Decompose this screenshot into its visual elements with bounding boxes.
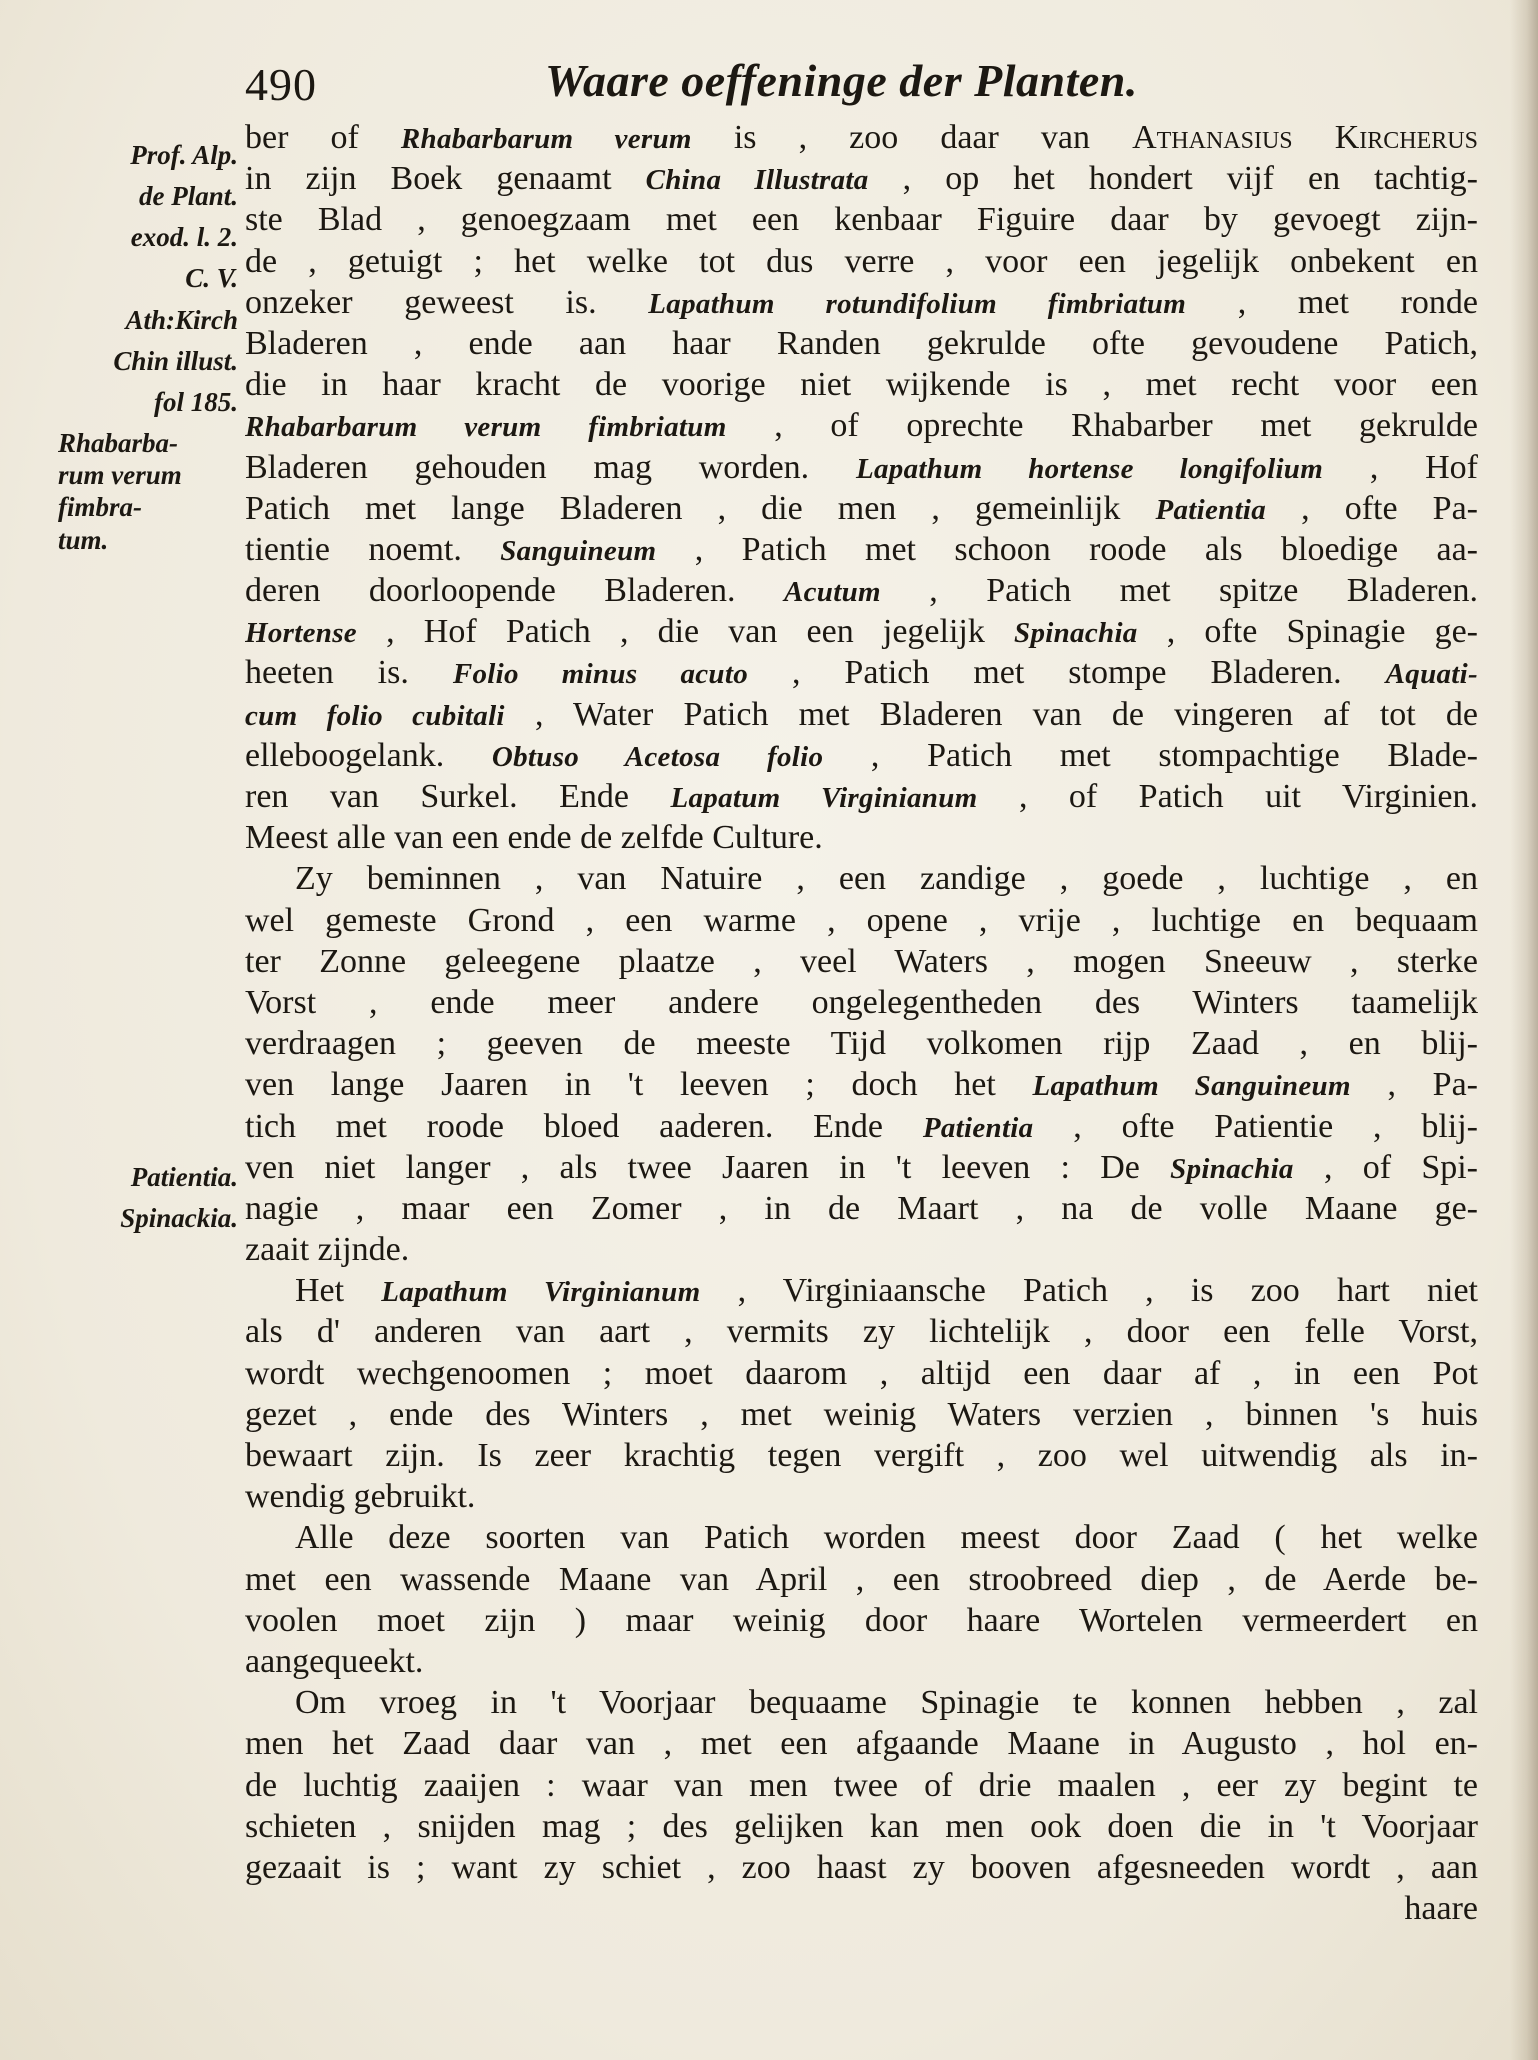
text-run: schieten , snijden mag ; des gelijken ka… (245, 1808, 1478, 1845)
text-run: onzeker geweest is. (245, 284, 648, 321)
text-line: voolen moet zijn ) maar weinig door haar… (245, 1600, 1478, 1641)
text-line: wendig gebruikt. (245, 1476, 1478, 1517)
italic-latin-term: cum folio cubitali (245, 700, 505, 732)
page-header: 490 Waare oeffeninge der Planten. (245, 52, 1245, 112)
margin-note: Spinackia. (120, 1198, 238, 1239)
text-run: de luchtig zaaijen : waar van men twee o… (245, 1767, 1478, 1804)
text-run: ven niet langer , als twee Jaaren in 't … (245, 1149, 1170, 1186)
italic-latin-term: Spinachia (1170, 1153, 1294, 1185)
text-line: Zy beminnen , van Natuire , een zandige … (245, 858, 1478, 899)
text-run: die in haar kracht de voorige niet wijke… (245, 366, 1478, 403)
text-run: , Hof (1323, 449, 1478, 486)
text-run: gezaait is ; want zy schiet , zoo haast … (245, 1849, 1478, 1886)
text-line: Het Lapathum Virginianum , Virginiaansch… (245, 1270, 1478, 1311)
text-run: Vorst , ende meer andere ongelegentheden… (245, 984, 1478, 1021)
text-line: de luchtig zaaijen : waar van men twee o… (245, 1765, 1478, 1806)
text-line: zaait zijnde. (245, 1229, 1478, 1270)
italic-latin-term: Patientia (1155, 494, 1266, 526)
text-run: in zijn Boek genaamt (245, 160, 646, 197)
text-line: Rhabarbarum verum fimbriatum , of oprech… (245, 405, 1478, 446)
page-edge-shadow (1510, 0, 1538, 2060)
text-line: die in haar kracht de voorige niet wijke… (245, 364, 1478, 405)
text-line: wordt wechgenoomen ; moet daarom , altij… (245, 1353, 1478, 1394)
text-line: ber of Rhabarbarum verum is , zoo daar v… (245, 117, 1478, 158)
text-run: tich met roode bloed aaderen. Ende (245, 1108, 923, 1145)
text-run: Bladeren gehouden mag worden. (245, 449, 856, 486)
text-line: Alle deze soorten van Patich worden mees… (245, 1517, 1478, 1558)
text-run: tientie noemt. (245, 531, 500, 568)
italic-latin-term: Lapathum Sanguineum (1032, 1070, 1350, 1102)
text-run: heeten is. (245, 654, 453, 691)
text-run: , Hof Patich , die van een jegelijk (357, 613, 1014, 650)
italic-latin-term: Spinachia (1014, 617, 1138, 649)
text-line: gezet , ende des Winters , met weinig Wa… (245, 1394, 1478, 1435)
text-line: aangequeekt. (245, 1641, 1478, 1682)
text-run: gezet , ende des Winters , met weinig Wa… (245, 1396, 1478, 1433)
text-run: ren van Surkel. Ende (245, 778, 670, 815)
text-run: wordt wechgenoomen ; moet daarom , altij… (245, 1355, 1478, 1392)
text-run: , of oprechte Rhabarber met gekrulde (727, 407, 1478, 444)
margin-note: Ath:Kirch (125, 300, 238, 341)
text-run: , ofte Pa- (1266, 490, 1478, 527)
text-run: , Patich met stompachtige Blade- (823, 737, 1478, 774)
italic-latin-term: Sanguineum (500, 535, 656, 567)
text-run: bewaart zijn. Is zeer krachtig tegen ver… (245, 1437, 1478, 1474)
text-run: , ofte Spinagie ge- (1138, 613, 1478, 650)
italic-latin-term: Rhabarbarum verum (401, 123, 692, 155)
text-run: als d' anderen van aart , vermits zy lic… (245, 1313, 1478, 1350)
text-line: Hortense , Hof Patich , die van een jege… (245, 611, 1478, 652)
text-run: Zy beminnen , van Natuire , een zandige … (295, 860, 1478, 897)
text-run: deren doorloopende Bladeren. (245, 572, 784, 609)
text-line: Om vroeg in 't Voorjaar bequaame Spinagi… (245, 1682, 1478, 1723)
text-run: Het (295, 1272, 381, 1309)
running-title: Waare oeffeninge der Planten. (545, 54, 1138, 107)
text-run: voolen moet zijn ) maar weinig door haar… (245, 1602, 1478, 1639)
text-run: wel gemeste Grond , een warme , opene , … (245, 902, 1478, 939)
text-line: ven niet langer , als twee Jaaren in 't … (245, 1147, 1478, 1188)
text-line: als d' anderen van aart , vermits zy lic… (245, 1311, 1478, 1352)
italic-latin-term: Folio minus acuto (453, 658, 748, 690)
catchword: haare (245, 1888, 1478, 1929)
text-line: wel gemeste Grond , een warme , opene , … (245, 900, 1478, 941)
italic-latin-term: Patientia (923, 1112, 1034, 1144)
text-line: verdraagen ; geeven de meeste Tijd volko… (245, 1023, 1478, 1064)
text-run: nagie , maar een Zomer , in de Maart , n… (245, 1190, 1478, 1227)
text-run: , ofte Patientie , blij- (1033, 1108, 1478, 1145)
text-line: tientie noemt. Sanguineum , Patich met s… (245, 529, 1478, 570)
margin-note: fol 185. (154, 382, 238, 423)
italic-latin-term: Lapathum rotundifolium fimbriatum (648, 288, 1186, 320)
margin-note: Patientia. (131, 1157, 238, 1198)
text-run: de , getuigt ; het welke tot dus verre ,… (245, 243, 1478, 280)
text-line: de , getuigt ; het welke tot dus verre ,… (245, 241, 1478, 282)
text-run: Om vroeg in 't Voorjaar bequaame Spinagi… (295, 1684, 1478, 1721)
text-run: , op het hondert vijf en tachtig- (869, 160, 1478, 197)
body-text: ber of Rhabarbarum verum is , zoo daar v… (245, 117, 1478, 1929)
text-run: , of Patich uit Virginien. (977, 778, 1478, 815)
margin-note: exod. l. 2. (131, 217, 238, 258)
text-run: verdraagen ; geeven de meeste Tijd volko… (245, 1025, 1478, 1062)
italic-latin-term: Obtuso Acetosa folio (492, 741, 823, 773)
text-line: bewaart zijn. Is zeer krachtig tegen ver… (245, 1435, 1478, 1476)
italic-latin-term: Hortense (245, 617, 357, 649)
text-run: zaait zijnde. (245, 1231, 409, 1268)
margin-note: Prof. Alp. (130, 135, 238, 176)
italic-latin-term: Lapathum Virginianum (381, 1276, 700, 1308)
italic-latin-term: Lapathum hortense longifolium (856, 453, 1323, 485)
text-run: is , zoo daar van (692, 119, 1132, 156)
text-run: ven lange Jaaren in 't leeven ; doch het (245, 1066, 1032, 1103)
text-run: wendig gebruikt. (245, 1478, 475, 1515)
italic-latin-term: Lapatum Virginianum (670, 782, 977, 814)
text-run: , Virginiaansche Patich , is zoo hart ni… (700, 1272, 1478, 1309)
text-run: ber of (245, 119, 401, 156)
text-line: ren van Surkel. Ende Lapatum Virginianum… (245, 776, 1478, 817)
text-line: cum folio cubitali , Water Patich met Bl… (245, 694, 1478, 735)
text-run: elleboogelank. (245, 737, 492, 774)
text-line: Vorst , ende meer andere ongelegentheden… (245, 982, 1478, 1023)
text-line: ste Blad , genoegzaam met een kenbaar Fi… (245, 199, 1478, 240)
text-line: onzeker geweest is. Lapathum rotundifoli… (245, 282, 1478, 323)
text-run: men het Zaad daar van , met een afgaande… (245, 1725, 1478, 1762)
text-line: nagie , maar een Zomer , in de Maart , n… (245, 1188, 1478, 1229)
page-number: 490 (245, 58, 317, 111)
italic-latin-term: Rhabarbarum verum fimbriatum (245, 411, 727, 443)
text-run: Patich met lange Bladeren , die men , ge… (245, 490, 1155, 527)
text-line: gezaait is ; want zy schiet , zoo haast … (245, 1847, 1478, 1888)
text-line: Bladeren gehouden mag worden. Lapathum h… (245, 447, 1478, 488)
text-run: Alle deze soorten van Patich worden mees… (295, 1519, 1478, 1556)
text-run: ste Blad , genoegzaam met een kenbaar Fi… (245, 201, 1478, 238)
margin-note: tum. (58, 520, 108, 561)
text-run: , Pa- (1351, 1066, 1478, 1103)
text-line: Bladeren , ende aan haar Randen gekrulde… (245, 323, 1478, 364)
italic-latin-term: Aquati- (1386, 658, 1478, 690)
text-run: , Patich met stompe Bladeren. (748, 654, 1386, 691)
text-run: , Patich met schoon roode als bloedige a… (656, 531, 1478, 568)
text-run: Bladeren , ende aan haar Randen gekrulde… (245, 325, 1478, 362)
text-run: , Water Patich met Bladeren van de vinge… (505, 696, 1478, 733)
text-run: , Patich met spitze Bladeren. (881, 572, 1478, 609)
italic-latin-term: China Illustrata (646, 164, 869, 196)
margin-note: C. V. (185, 258, 238, 299)
text-run: , of Spi- (1294, 1149, 1478, 1186)
text-line: ven lange Jaaren in 't leeven ; doch het… (245, 1064, 1478, 1105)
italic-latin-term: Acutum (784, 576, 881, 608)
text-line: Patich met lange Bladeren , die men , ge… (245, 488, 1478, 529)
margin-note: de Plant. (139, 176, 238, 217)
text-run: ter Zonne geleegene plaatze , veel Water… (245, 943, 1478, 980)
text-run: Meest alle van een ende de zelfde Cultur… (245, 819, 823, 856)
small-caps-name: Athanasius Kircherus (1132, 119, 1478, 156)
margin-note: Chin illust. (113, 341, 238, 382)
text-run: met een wassende Maane van April , een s… (245, 1561, 1478, 1598)
text-line: ter Zonne geleegene plaatze , veel Water… (245, 941, 1478, 982)
text-line: heeten is. Folio minus acuto , Patich me… (245, 652, 1478, 693)
text-line: in zijn Boek genaamt China Illustrata , … (245, 158, 1478, 199)
text-line: tich met roode bloed aaderen. Ende Patie… (245, 1106, 1478, 1147)
text-line: Meest alle van een ende de zelfde Cultur… (245, 817, 1478, 858)
text-run: aangequeekt. (245, 1643, 423, 1680)
text-line: elleboogelank. Obtuso Acetosa folio , Pa… (245, 735, 1478, 776)
text-run: , met ronde (1186, 284, 1478, 321)
text-line: met een wassende Maane van April , een s… (245, 1559, 1478, 1600)
text-line: men het Zaad daar van , met een afgaande… (245, 1723, 1478, 1764)
text-line: schieten , snijden mag ; des gelijken ka… (245, 1806, 1478, 1847)
text-line: deren doorloopende Bladeren. Acutum , Pa… (245, 570, 1478, 611)
